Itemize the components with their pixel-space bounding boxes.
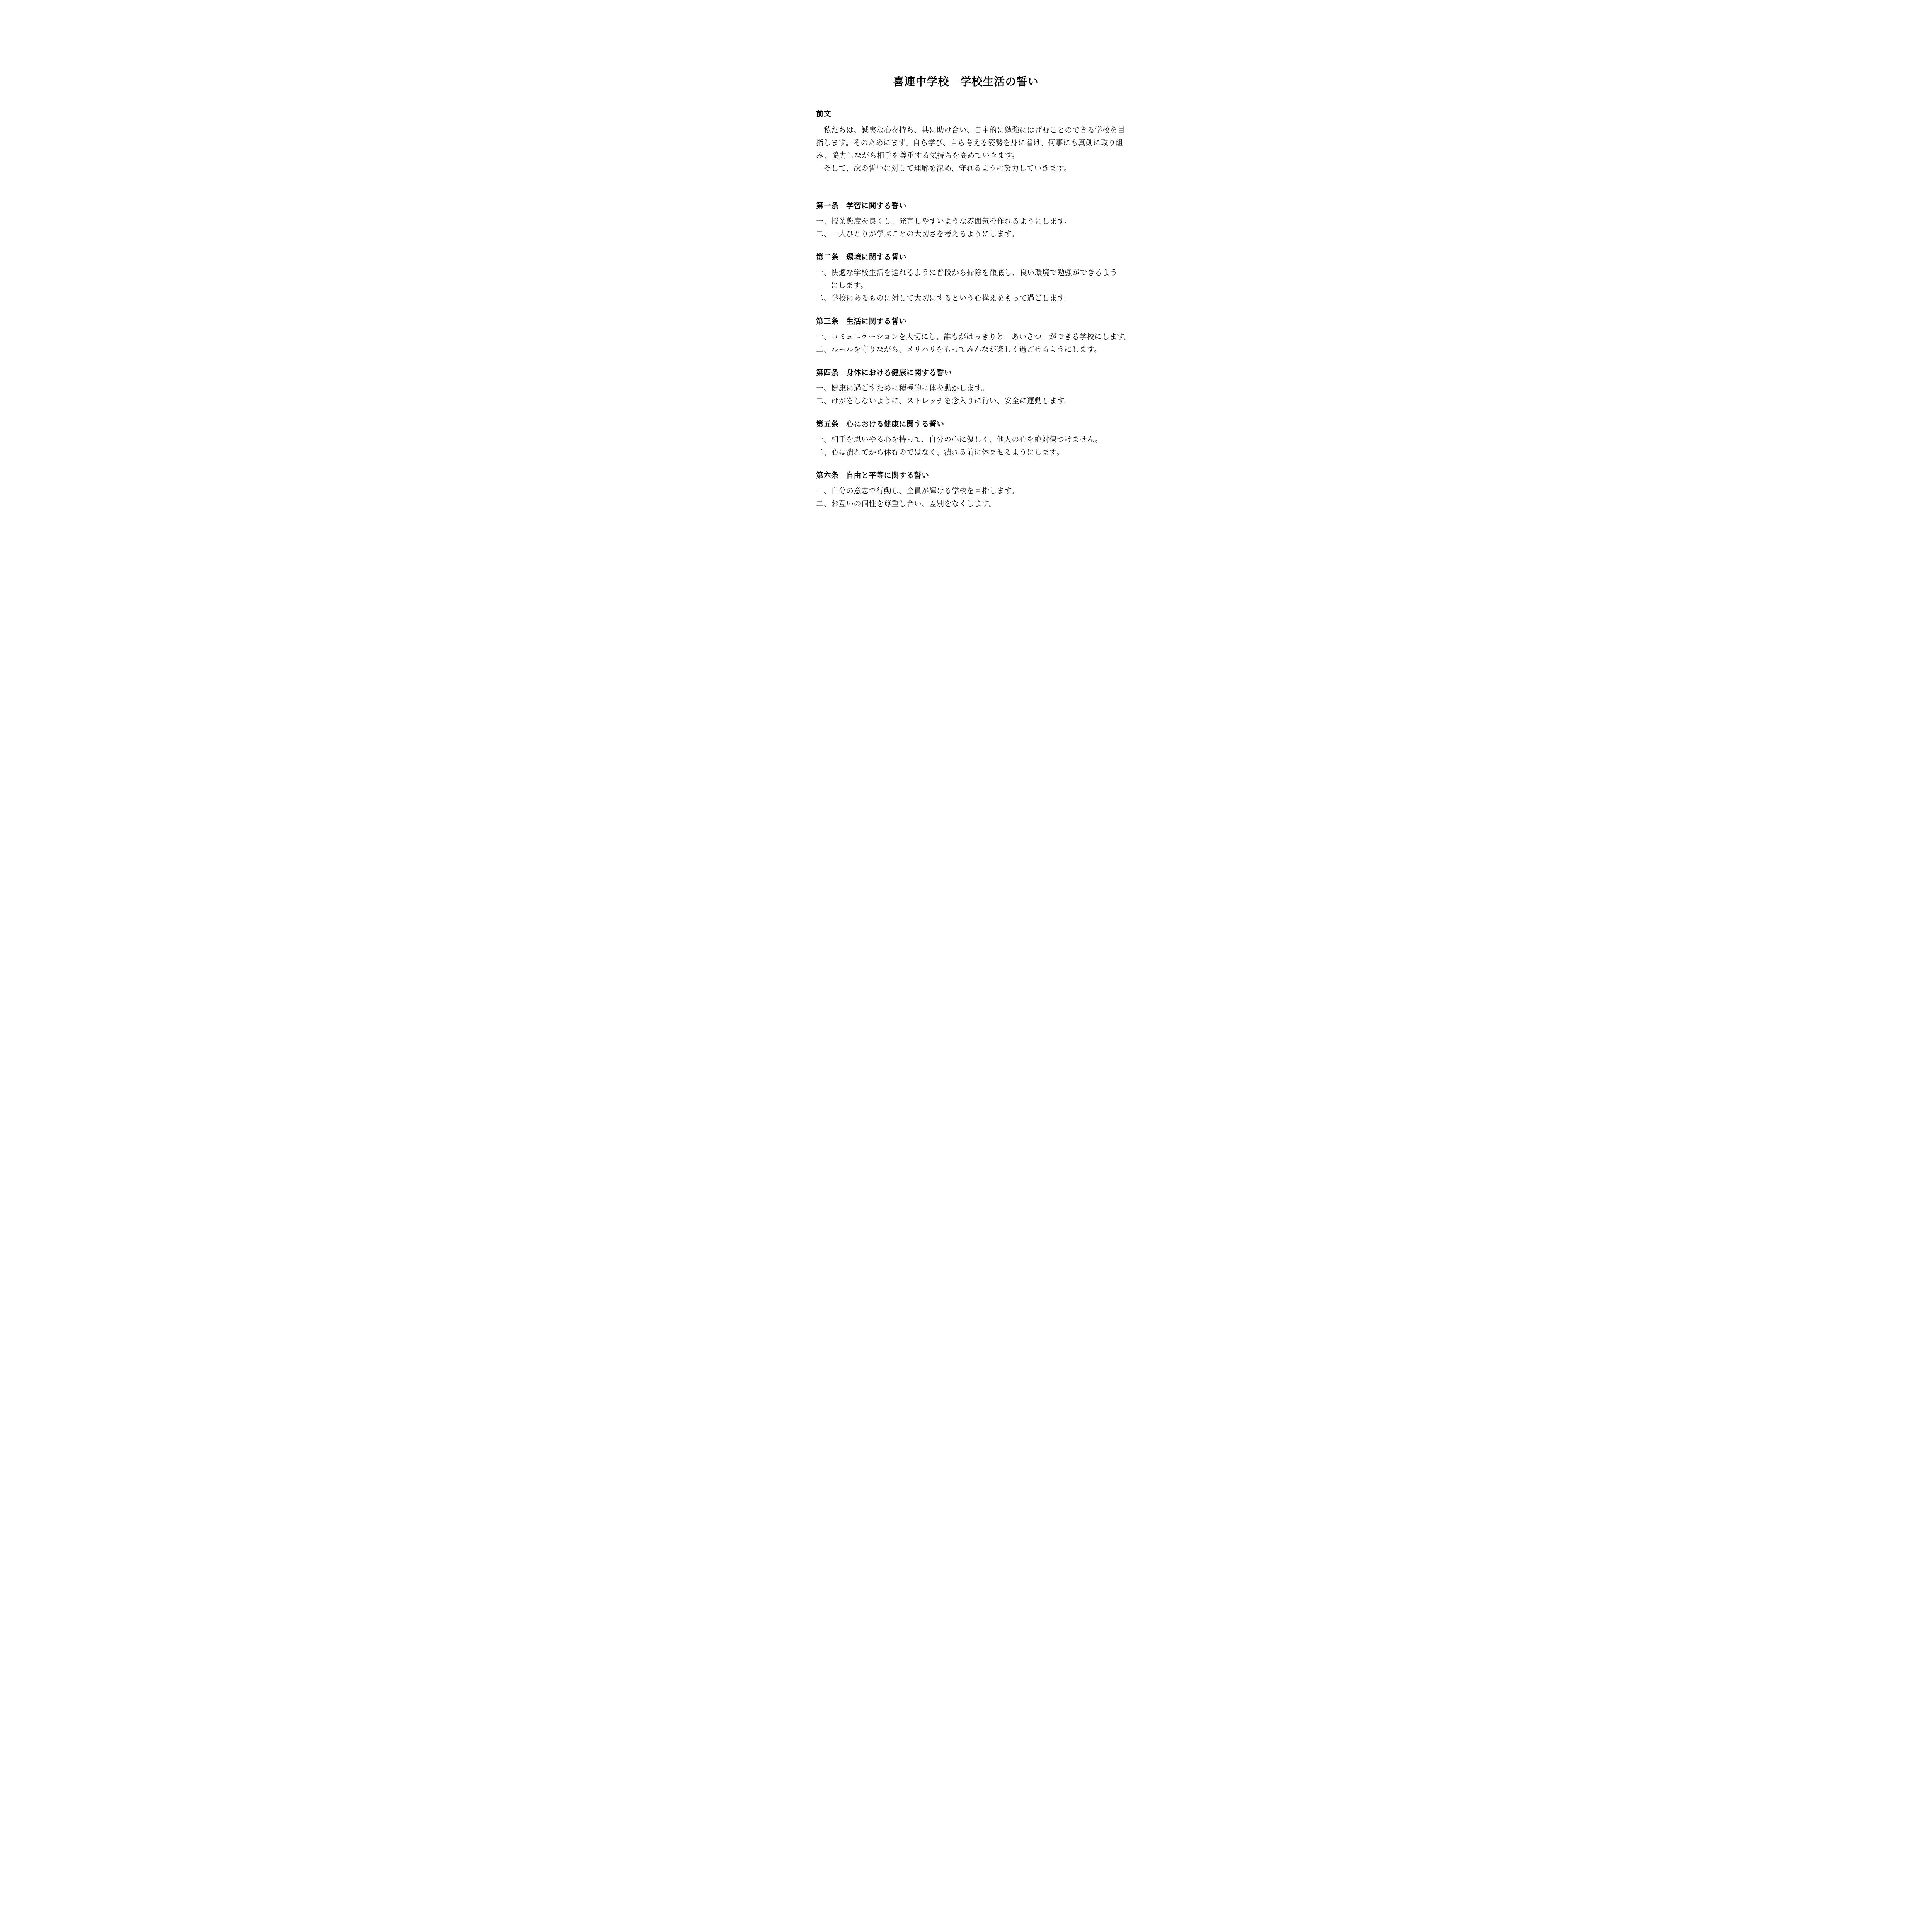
section-items: 一、コミュニケーションを大切にし、誰もがはっきりと「あいさつ」ができる学校にしま… bbox=[816, 331, 1116, 356]
pledge-item-line: 二、ルールを守りながら、メリハリをもってみんなが楽しく過ごせるようにします。 bbox=[816, 344, 1116, 356]
document-page: 喜連中学校 学校生活の誓い 前文 私たちは、誠実な心を持ち、共に助け合い、自主的… bbox=[755, 0, 1177, 596]
pledge-item-line: 二、心は潰れてから休むのではなく、潰れる前に休ませるようにします。 bbox=[816, 446, 1116, 459]
section-items: 一、授業態度を良くし、発言しやすいような雰囲気を作れるようにします。 二、一人ひ… bbox=[816, 215, 1116, 241]
preamble-line: 私たちは、誠実な心を持ち、共に助け合い、自主的に勉強にはげむことのできる学校を目 bbox=[816, 124, 1116, 137]
section-article-5: 第五条 心における健康に関する誓い 一、相手を思いやる心を持って、自分の心に優し… bbox=[816, 418, 1116, 459]
section-heading: 第六条 自由と平等に関する誓い bbox=[816, 469, 1116, 482]
section-items: 一、自分の意志で行動し、全員が輝ける学校を目指します。 二、お互いの個性を尊重し… bbox=[816, 485, 1116, 510]
section-article-3: 第三条 生活に関する誓い 一、コミュニケーションを大切にし、誰もがはっきりと「あ… bbox=[816, 315, 1116, 356]
preamble-line: み、協力しながら相手を尊重する気持ちを高めていきます。 bbox=[816, 150, 1116, 162]
section-items: 一、相手を思いやる心を持って、自分の心に優しく、他人の心を絶対傷つけません。 二… bbox=[816, 434, 1116, 459]
pledge-item-line: 一、健康に過ごすために積極的に体を動かします。 bbox=[816, 382, 1116, 395]
preamble-line: 指します。そのためにまず、自ら学び、自ら考える姿勢を身に着け、何事にも真剣に取り… bbox=[816, 137, 1116, 150]
preamble-heading: 前文 bbox=[816, 108, 1116, 121]
pledge-item-line: 二、お互いの個性を尊重し合い、差別をなくします。 bbox=[816, 498, 1116, 510]
pledge-item-line: 一、コミュニケーションを大切にし、誰もがはっきりと「あいさつ」ができる学校にしま… bbox=[816, 331, 1116, 344]
pledge-item-continuation-line: にします。 bbox=[816, 279, 1116, 292]
preamble-paragraph-1: 私たちは、誠実な心を持ち、共に助け合い、自主的に勉強にはげむことのできる学校を目… bbox=[816, 124, 1116, 162]
section-heading: 第二条 環境に関する誓い bbox=[816, 251, 1116, 264]
section-heading: 第三条 生活に関する誓い bbox=[816, 315, 1116, 328]
pledge-item-line: 一、授業態度を良くし、発言しやすいような雰囲気を作れるようにします。 bbox=[816, 215, 1116, 228]
section-article-4: 第四条 身体における健康に関する誓い 一、健康に過ごすために積極的に体を動かしま… bbox=[816, 367, 1116, 408]
pledge-item-line: 二、一人ひとりが学ぶことの大切さを考えるようにします。 bbox=[816, 228, 1116, 241]
preamble-line: そして、次の誓いに対して理解を深め、守れるように努力していきます。 bbox=[816, 162, 1116, 175]
section-article-1: 第一条 学習に関する誓い 一、授業態度を良くし、発言しやすいような雰囲気を作れる… bbox=[816, 200, 1116, 241]
pledge-item-line: 一、相手を思いやる心を持って、自分の心に優しく、他人の心を絶対傷つけません。 bbox=[816, 434, 1116, 446]
section-heading: 第五条 心における健康に関する誓い bbox=[816, 418, 1116, 431]
section-heading: 第一条 学習に関する誓い bbox=[816, 200, 1116, 213]
section-heading: 第四条 身体における健康に関する誓い bbox=[816, 367, 1116, 379]
pledge-item-line: 二、けがをしないように、ストレッチを念入りに行い、安全に運動します。 bbox=[816, 395, 1116, 408]
pledge-item-line: 二、学校にあるものに対して大切にするという心構えをもって過ごします。 bbox=[816, 292, 1116, 305]
section-items: 一、快適な学校生活を送れるように普段から掃除を徹底し、良い環境で勉強ができるよう… bbox=[816, 267, 1116, 305]
section-items: 一、健康に過ごすために積極的に体を動かします。 二、けがをしないように、ストレッ… bbox=[816, 382, 1116, 408]
page-title: 喜連中学校 学校生活の誓い bbox=[816, 75, 1116, 90]
section-article-6: 第六条 自由と平等に関する誓い 一、自分の意志で行動し、全員が輝ける学校を目指し… bbox=[816, 469, 1116, 510]
section-article-2: 第二条 環境に関する誓い 一、快適な学校生活を送れるように普段から掃除を徹底し、… bbox=[816, 251, 1116, 305]
pledge-item-line: 一、快適な学校生活を送れるように普段から掃除を徹底し、良い環境で勉強ができるよう bbox=[816, 267, 1116, 279]
pledge-item-line: 一、自分の意志で行動し、全員が輝ける学校を目指します。 bbox=[816, 485, 1116, 498]
preamble-paragraph-2: そして、次の誓いに対して理解を深め、守れるように努力していきます。 bbox=[816, 162, 1116, 175]
